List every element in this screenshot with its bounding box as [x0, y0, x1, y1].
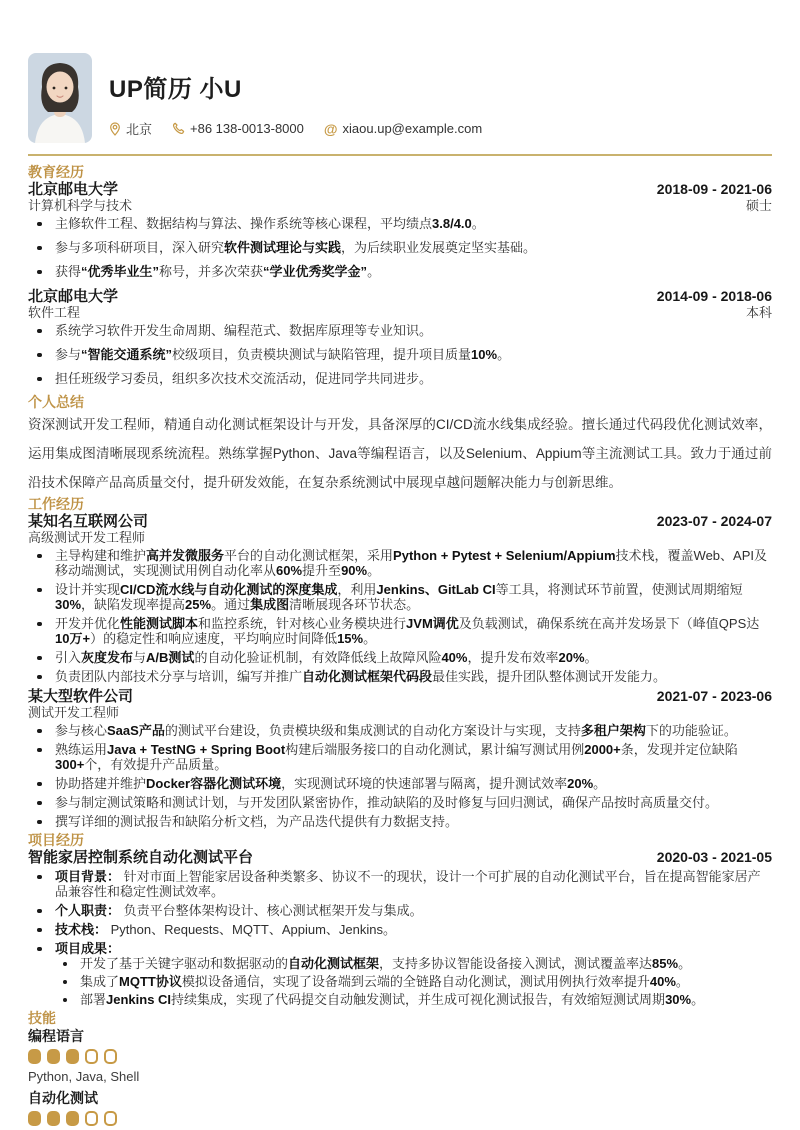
education-bullets: 系统学习软件开发生命周期、编程范式、数据库原理等专业知识。 参与“智能交通系统”…: [28, 323, 772, 386]
education-bullets: 主修软件工程、数据结构与算法、操作系统等核心课程，平均绩点3.8/4.0。 参与…: [28, 216, 772, 279]
bullet-label: 项目成果：: [55, 941, 120, 956]
bullet-item: 协助搭建并维护Docker容器化测试环境，实现测试环境的快速部署与隔离，提升测试…: [28, 776, 772, 791]
skill-detail: Python, Java, Shell: [28, 1070, 772, 1083]
contact-phone: +86 138-0013-8000: [172, 121, 304, 136]
phone-icon: [172, 122, 185, 135]
section-skills: 技能 编程语言 Python, Java, Shell 自动化测试: [28, 1011, 772, 1126]
rating-dot-empty: [85, 1111, 98, 1126]
bullet-item: 设计并实现CI/CD流水线与自动化测试的深度集成，利用Jenkins、GitLa…: [28, 582, 772, 612]
education-entry: 北京邮电大学 2014-09 - 2018-06 软件工程 本科 系统学习软件开…: [28, 288, 772, 386]
project-entry: 智能家居控制系统自动化测试平台 2020-03 - 2021-05 项目背景： …: [28, 849, 772, 1007]
bullet-item: 技术栈： Python、Requests、MQTT、Appium、Jenkins…: [28, 922, 772, 937]
email-text: xiaou.up@example.com: [343, 121, 483, 136]
bullet-item: 开发并优化性能测试脚本和监控系统，针对核心业务模块进行JVM调优及负载测试，确保…: [28, 616, 772, 646]
phone-text: +86 138-0013-8000: [190, 121, 304, 136]
bullet-item: 参与“智能交通系统”校级项目，负责模块测试与缺陷管理，提升项目质量10%。: [28, 347, 772, 362]
skill-rating: [28, 1049, 772, 1064]
avatar: [28, 53, 92, 143]
bullet-item: 熟练运用Java + TestNG + Spring Boot构建后端服务接口的…: [28, 742, 772, 772]
section-summary: 个人总结 资深测试开发工程师，精通自动化测试框架设计与开发，具备深厚的CI/CD…: [28, 395, 772, 497]
project-sub-bullets: 开发了基于关键字驱动和数据驱动的自动化测试框架，支持多协议智能设备接入测试，测试…: [55, 956, 772, 1007]
section-education: 教育经历 北京邮电大学 2018-09 - 2021-06 计算机科学与技术 硕…: [28, 165, 772, 386]
company-name: 某大型软件公司: [28, 688, 133, 705]
sub-bullet-item: 集成了MQTT协议模拟设备通信，实现了设备端到云端的全链路自动化测试，测试用例执…: [55, 974, 772, 989]
section-title-projects: 项目经历: [28, 833, 772, 848]
location-text: 北京: [126, 119, 152, 138]
work-period: 2021-07 - 2023-06: [657, 688, 772, 705]
section-title-work: 工作经历: [28, 497, 772, 512]
bullet-item: 项目成果： 开发了基于关键字驱动和数据驱动的自动化测试框架，支持多协议智能设备接…: [28, 941, 772, 1007]
job-role: 测试开发工程师: [28, 705, 119, 720]
skill-name: 编程语言: [28, 1029, 772, 1044]
summary-text: 资深测试开发工程师，精通自动化测试框架设计与开发，具备深厚的CI/CD流水线集成…: [28, 410, 772, 497]
skill-name: 自动化测试: [28, 1091, 772, 1106]
contact-row: 北京 +86 138-0013-8000 @ xiaou.up@example.…: [109, 119, 482, 138]
location-pin-icon: [109, 122, 121, 136]
school-name: 北京邮电大学: [28, 181, 118, 198]
work-entry: 某大型软件公司 2021-07 - 2023-06 测试开发工程师 参与核心Sa…: [28, 688, 772, 829]
contact-email: @ xiaou.up@example.com: [324, 121, 482, 137]
bullet-item: 项目背景： 针对市面上智能家居设备种类繁多、协议不一的现状，设计一个可扩展的自动…: [28, 869, 772, 899]
project-bullets: 项目背景： 针对市面上智能家居设备种类繁多、协议不一的现状，设计一个可扩展的自动…: [28, 869, 772, 1007]
degree: 硕士: [746, 198, 772, 213]
rating-dot-filled: [47, 1111, 60, 1126]
skill-item: 编程语言 Python, Java, Shell: [28, 1029, 772, 1083]
education-period: 2014-09 - 2018-06: [657, 288, 772, 305]
bullet-item: 个人职责： 负责平台整体架构设计、核心测试框架开发与集成。: [28, 903, 772, 918]
bullet-item: 获得“优秀毕业生”称号，并多次荣获“学业优秀奖学金”。: [28, 264, 772, 279]
major: 软件工程: [28, 305, 80, 320]
bullet-item: 引入灰度发布与A/B测试的自动化验证机制，有效降低线上故障风险40%，提升发布效…: [28, 650, 772, 665]
bullet-item: 主修软件工程、数据结构与算法、操作系统等核心课程，平均绩点3.8/4.0。: [28, 216, 772, 231]
work-entry: 某知名互联网公司 2023-07 - 2024-07 高级测试开发工程师 主导构…: [28, 513, 772, 684]
rating-dot-filled: [28, 1049, 41, 1064]
bullet-item: 主导构建和维护高并发微服务平台的自动化测试框架，采用Python + Pytes…: [28, 548, 772, 578]
rating-dot-empty: [104, 1111, 117, 1126]
rating-dot-filled: [28, 1111, 41, 1126]
at-icon: @: [324, 121, 338, 137]
avatar-photo: [28, 53, 92, 143]
education-period: 2018-09 - 2021-06: [657, 181, 772, 198]
contact-location: 北京: [109, 119, 152, 138]
bullet-item: 系统学习软件开发生命周期、编程范式、数据库原理等专业知识。: [28, 323, 772, 338]
major: 计算机科学与技术: [28, 198, 132, 213]
candidate-name: UP简历 小U: [109, 69, 482, 104]
bullet-item: 参与核心SaaS产品的测试平台建设，负责模块级和集成测试的自动化方案设计与实现，…: [28, 723, 772, 738]
rating-dot-empty: [85, 1049, 98, 1064]
header-info: UP简历 小U 北京 +86 138-0013-8000 @ xiaou.u: [109, 53, 482, 138]
rating-dot-filled: [47, 1049, 60, 1064]
rating-dot-filled: [66, 1049, 79, 1064]
skill-item: 自动化测试: [28, 1091, 772, 1126]
skill-rating: [28, 1111, 772, 1126]
section-work: 工作经历 某知名互联网公司 2023-07 - 2024-07 高级测试开发工程…: [28, 497, 772, 829]
work-bullets: 主导构建和维护高并发微服务平台的自动化测试框架，采用Python + Pytes…: [28, 548, 772, 684]
bullet-item: 担任班级学习委员，组织多次技术交流活动，促进同学共同进步。: [28, 371, 772, 386]
sub-bullet-item: 部署Jenkins CI持续集成，实现了代码提交自动触发测试，并生成可视化测试报…: [55, 992, 772, 1007]
education-entry: 北京邮电大学 2018-09 - 2021-06 计算机科学与技术 硕士 主修软…: [28, 181, 772, 279]
degree: 本科: [746, 305, 772, 320]
project-period: 2020-03 - 2021-05: [657, 849, 772, 866]
sub-bullet-item: 开发了基于关键字驱动和数据驱动的自动化测试框架，支持多协议智能设备接入测试，测试…: [55, 956, 772, 971]
bullet-item: 参与多项科研项目，深入研究软件测试理论与实践，为后续职业发展奠定坚实基础。: [28, 240, 772, 255]
project-name: 智能家居控制系统自动化测试平台: [28, 849, 253, 866]
resume-header: UP简历 小U 北京 +86 138-0013-8000 @ xiaou.u: [28, 0, 772, 143]
resume-page: UP简历 小U 北京 +86 138-0013-8000 @ xiaou.u: [0, 0, 800, 1130]
work-period: 2023-07 - 2024-07: [657, 513, 772, 530]
rating-dot-filled: [66, 1111, 79, 1126]
school-name: 北京邮电大学: [28, 288, 118, 305]
section-title-skills: 技能: [28, 1011, 772, 1026]
section-projects: 项目经历 智能家居控制系统自动化测试平台 2020-03 - 2021-05 项…: [28, 833, 772, 1007]
bullet-item: 负责团队内部技术分享与培训，编写并推广自动化测试框架代码段最佳实践，提升团队整体…: [28, 669, 772, 684]
section-title-summary: 个人总结: [28, 395, 772, 410]
company-name: 某知名互联网公司: [28, 513, 148, 530]
rating-dot-empty: [104, 1049, 117, 1064]
section-title-education: 教育经历: [28, 165, 772, 180]
job-role: 高级测试开发工程师: [28, 530, 145, 545]
bullet-item: 参与制定测试策略和测试计划，与开发团队紧密协作，推动缺陷的及时修复与回归测试，确…: [28, 795, 772, 810]
work-bullets: 参与核心SaaS产品的测试平台建设，负责模块级和集成测试的自动化方案设计与实现，…: [28, 723, 772, 829]
bullet-item: 撰写详细的测试报告和缺陷分析文档，为产品迭代提供有力数据支持。: [28, 814, 772, 829]
header-divider: [28, 154, 772, 156]
